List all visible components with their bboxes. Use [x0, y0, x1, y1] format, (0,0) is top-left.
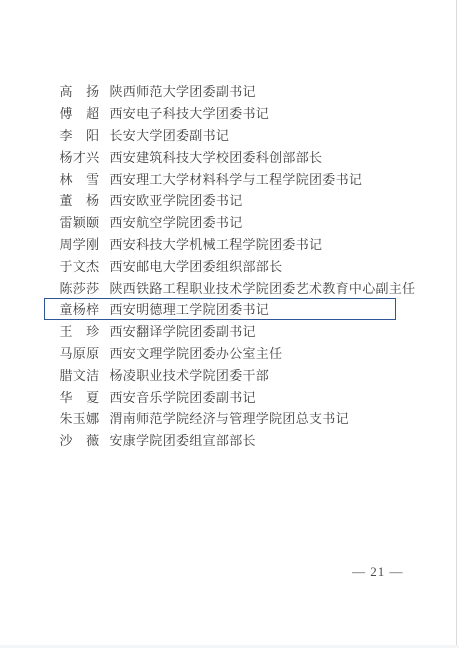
entry-name: 董 杨 — [60, 190, 100, 209]
entry-name: 沙 薇 — [60, 430, 100, 449]
entry-name: 陈莎莎 — [60, 278, 100, 297]
entry-title: 陕西铁路工程职业技术学院团委艺术教育中心副主任 — [110, 278, 416, 297]
entry-title: 杨凌职业技术学院团委干部 — [110, 365, 270, 384]
list-item: 傅 超西安电子科技大学团委书记 — [44, 102, 396, 124]
document-page: 高 扬陕西师范大学团委副书记傅 超西安电子科技大学团委书记李 阳长安大学团委副书… — [0, 0, 459, 648]
entry-name: 高 扬 — [60, 81, 100, 100]
list-item: 杨才兴西安建筑科技大学校团委科创部部长 — [44, 145, 396, 167]
entry-name: 童杨梓 — [60, 299, 100, 318]
entry-name: 马原原 — [60, 343, 100, 362]
entry-title: 西安建筑科技大学校团委科创部部长 — [110, 147, 323, 166]
entry-name: 于文杰 — [60, 256, 100, 275]
page-number: — 21 — — [352, 564, 404, 580]
entry-name: 华 夏 — [60, 387, 100, 406]
entry-title: 安康学院团委组宣部部长 — [110, 430, 256, 449]
entry-name: 林 雪 — [60, 169, 100, 188]
entry-title: 西安航空学院团委书记 — [110, 212, 243, 231]
entry-title: 西安欧亚学院团委书记 — [110, 190, 243, 209]
list-item: 陈莎莎陕西铁路工程职业技术学院团委艺术教育中心副主任 — [44, 276, 396, 298]
entry-title: 陕西师范大学团委副书记 — [110, 81, 256, 100]
list-item: 沙 薇安康学院团委组宣部部长 — [44, 429, 396, 451]
entry-title: 西安理工大学材料科学与工程学院团委书记 — [110, 169, 363, 188]
entry-title: 西安文理学院团委办公室主任 — [110, 343, 283, 362]
entry-title: 西安电子科技大学团委书记 — [110, 103, 270, 122]
list-item: 朱玉娜渭南师范学院经济与管理学院团总支书记 — [44, 407, 396, 429]
entry-name: 腊文洁 — [60, 365, 100, 384]
entry-title: 西安邮电大学团委组织部部长 — [110, 256, 283, 275]
entry-title: 渭南师范学院经济与管理学院团总支书记 — [110, 408, 349, 427]
entry-name: 雷颖颐 — [60, 212, 100, 231]
entry-name: 周学刚 — [60, 234, 100, 253]
entry-title: 长安大学团委副书记 — [110, 125, 230, 144]
entry-name: 李 阳 — [60, 125, 100, 144]
list-item: 董 杨西安欧亚学院团委书记 — [44, 189, 396, 211]
list-item: 周学刚西安科技大学机械工程学院团委书记 — [44, 233, 396, 255]
page-right-edge — [456, 0, 457, 648]
entry-title: 西安翻译学院团委副书记 — [110, 321, 256, 340]
list-item: 李 阳长安大学团委副书记 — [44, 124, 396, 146]
list-item: 林 雪西安理工大学材料科学与工程学院团委书记 — [44, 167, 396, 189]
entry-name: 杨才兴 — [60, 147, 100, 166]
list-item: 马原原西安文理学院团委办公室主任 — [44, 342, 396, 364]
list-item-highlighted: 童杨梓西安明德理工学院团委书记 — [44, 298, 396, 320]
entry-name: 朱玉娜 — [60, 408, 100, 427]
list-item: 华 夏西安音乐学院团委副书记 — [44, 385, 396, 407]
entry-title: 西安明德理工学院团委书记 — [110, 299, 270, 318]
list-item: 腊文洁杨凌职业技术学院团委干部 — [44, 363, 396, 385]
list-item: 高 扬陕西师范大学团委副书记 — [44, 80, 396, 102]
entry-name: 王 珍 — [60, 321, 100, 340]
entry-title: 西安科技大学机械工程学院团委书记 — [110, 234, 323, 253]
entry-title: 西安音乐学院团委副书记 — [110, 387, 256, 406]
entry-list: 高 扬陕西师范大学团委副书记傅 超西安电子科技大学团委书记李 阳长安大学团委副书… — [44, 80, 396, 451]
entry-name: 傅 超 — [60, 103, 100, 122]
list-item: 于文杰西安邮电大学团委组织部部长 — [44, 254, 396, 276]
list-item: 雷颖颐西安航空学院团委书记 — [44, 211, 396, 233]
list-item: 王 珍西安翻译学院团委副书记 — [44, 320, 396, 342]
